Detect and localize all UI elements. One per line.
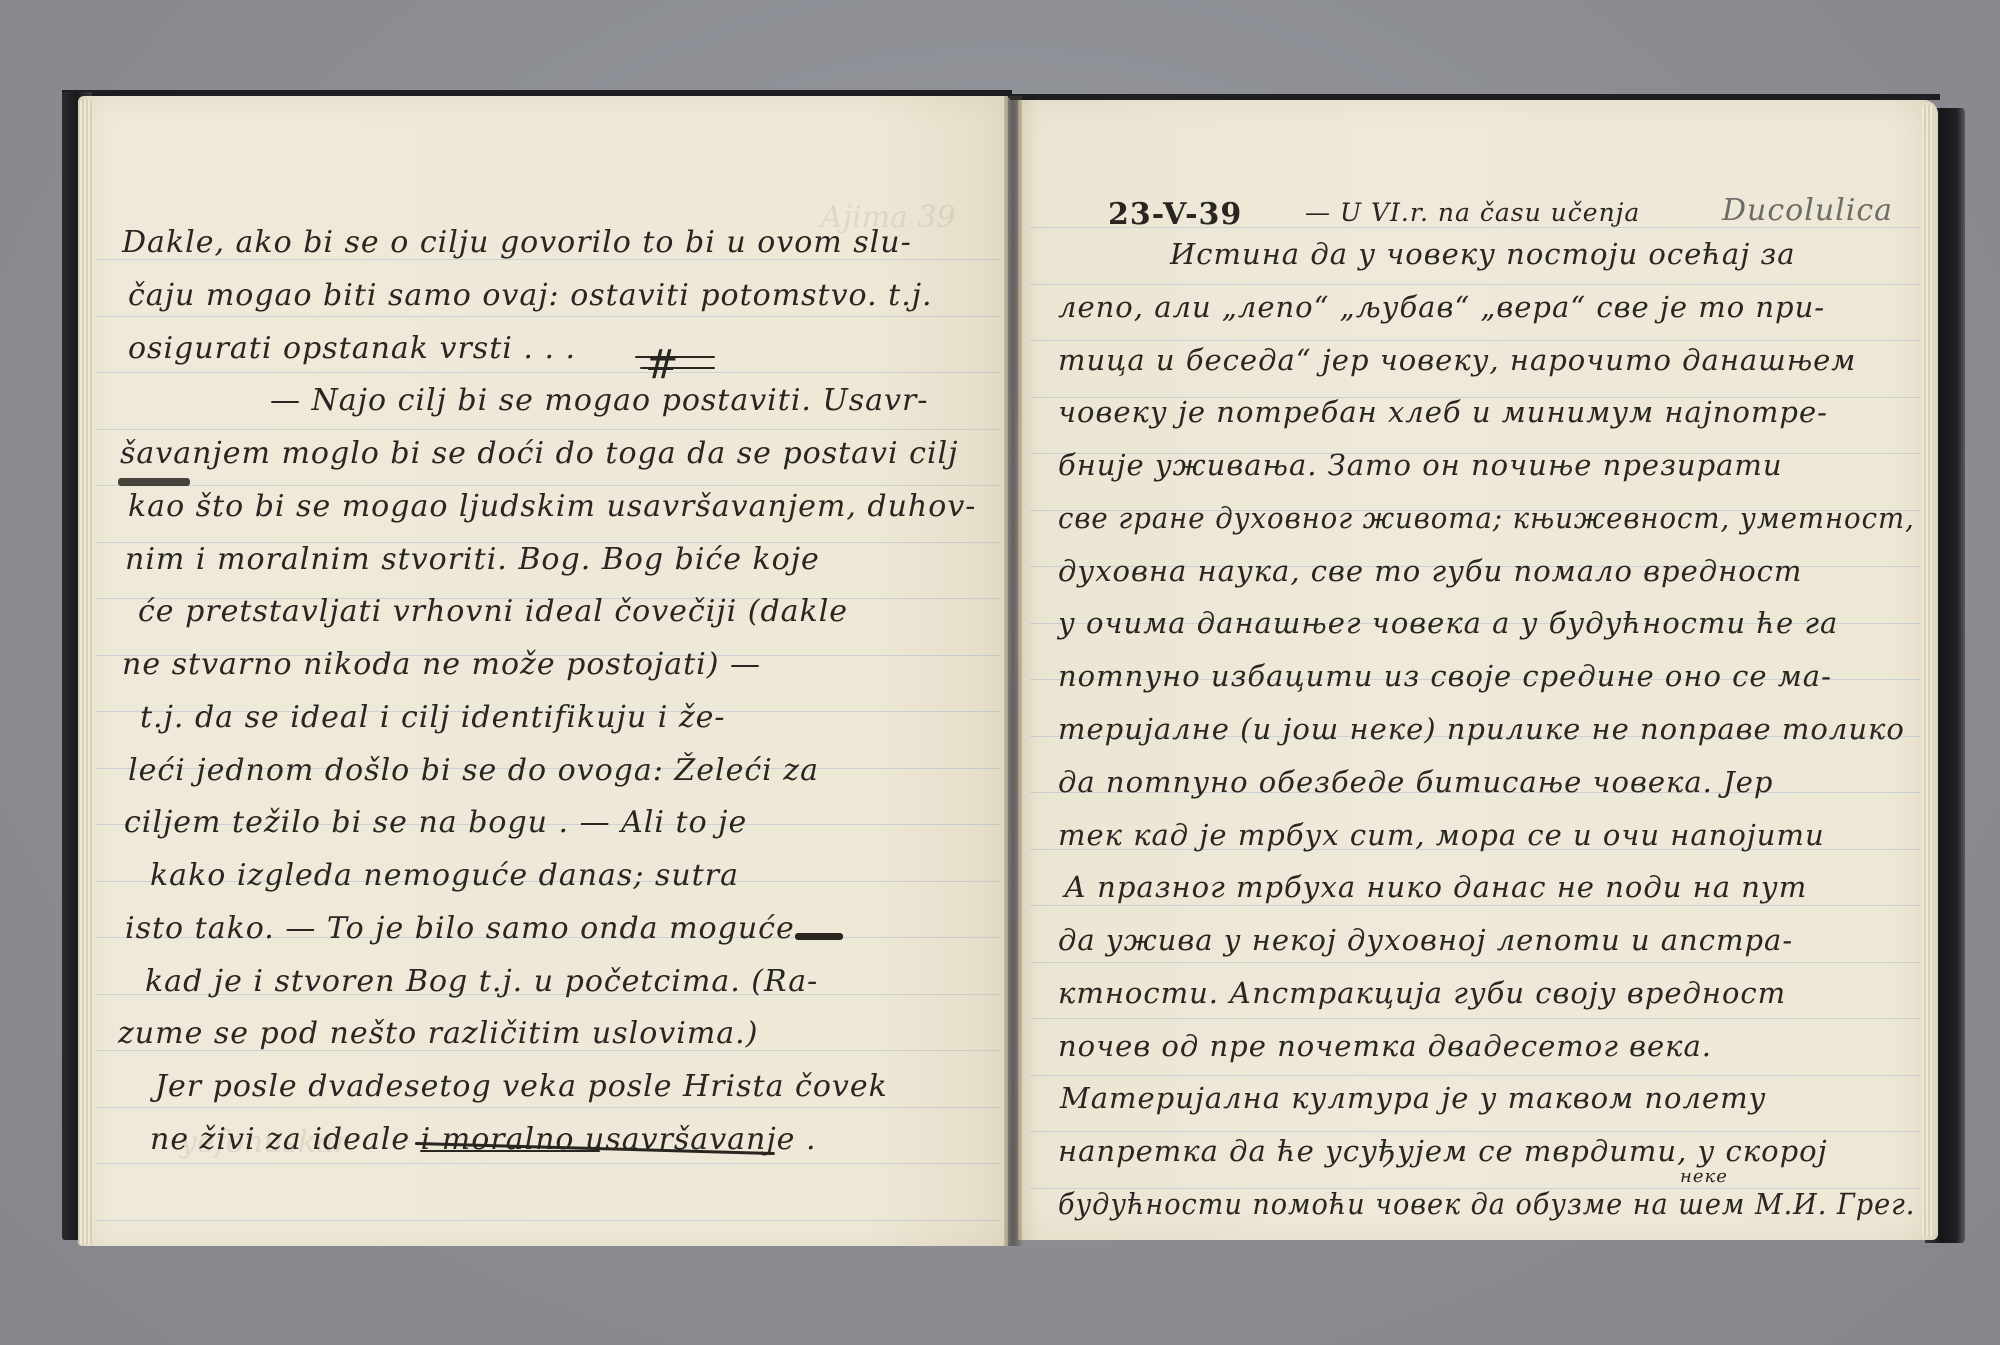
handwritten-line: Jer posle dvadesetog veka posle Hrista č…	[155, 1072, 888, 1102]
handwritten-line: да ужива у некој духовној лепоти и апстр…	[1058, 926, 1793, 955]
entry-date: 23-V-39	[1108, 200, 1242, 230]
handwritten-line: čaju mogao biti samo ovaj: ostaviti poto…	[128, 281, 933, 311]
handwritten-line: бније уживања. Зато он почиње презирати	[1058, 451, 1783, 480]
scribbled-out-word	[795, 933, 843, 940]
rule-line	[1030, 1075, 1920, 1076]
rule-line	[95, 429, 1000, 430]
handwritten-line: почев од пре почетка двадесетог века.	[1058, 1032, 1712, 1061]
handwritten-line: будућности помоћи човек да обузме на шем…	[1058, 1190, 1915, 1219]
handwritten-line: лепо, али „лепо“ „љубав“ „вера“ све је т…	[1058, 293, 1825, 322]
left-page-stack-edges	[78, 100, 92, 1245]
rule-line	[1030, 1018, 1920, 1019]
handwritten-line: тица и беседа“ јер човеку, нарочито дана…	[1058, 346, 1856, 375]
handwritten-line: теријалне (и још неке) прилике не поправ…	[1058, 715, 1905, 744]
rule-line	[1030, 284, 1920, 285]
handwritten-line: leći jednom došlo bi se do ovoga: Želeći…	[128, 756, 819, 786]
pencil-signature: Ducolulica	[1722, 196, 1893, 226]
handwritten-line: ктности. Апстракција губи своју вредност	[1058, 979, 1786, 1008]
rule-line	[1030, 905, 1920, 906]
rule-line	[95, 485, 1000, 486]
handwritten-line: све гране духовног живота; књижевност, у…	[1058, 504, 1915, 533]
handwritten-line: човеку је потребан хлеб и минимум најпот…	[1058, 398, 1828, 427]
rule-line	[95, 1163, 1000, 1164]
notebook-gutter	[1004, 96, 1022, 1246]
handwritten-line: напретка да ће усуђујем се тврдити, у ск…	[1058, 1137, 1828, 1166]
handwritten-line: Dakle, ako bi se o cilju govorilo to bi …	[122, 228, 912, 258]
interlinear-insert: неке	[1680, 1168, 1728, 1186]
handwritten-line: потпуно избацити из своје средине оно се…	[1058, 662, 1832, 691]
crossed-out-mark: #	[645, 345, 680, 385]
rule-line	[95, 372, 1000, 373]
handwritten-line: kad je i stvoren Bog t.j. u početcima. (…	[145, 967, 818, 997]
handwritten-line: — Najo cilj bi se mogao postaviti. Usavr…	[270, 386, 928, 416]
handwritten-line: ciljem težilo bi se na bogu . — Ali to j…	[124, 808, 747, 838]
handwritten-line: zume se pod nešto različitim uslovima.)	[118, 1019, 758, 1049]
handwritten-line: А празног трбуха нико данас не поди на п…	[1064, 873, 1807, 902]
scribbled-out-word	[118, 478, 190, 486]
handwritten-line: t.j. da se ideal i cilj identifikuju i ž…	[140, 703, 726, 733]
right-page-stack-edges	[1922, 105, 1932, 1237]
handwritten-line: тек кад је трбух сит, мора се и очи напо…	[1058, 821, 1825, 850]
handwritten-line: kao što bi se mogao ljudskim usavršavanj…	[128, 492, 976, 522]
handwritten-line: isto tako. — To je bilo samo onda moguće	[125, 914, 795, 944]
handwritten-line: nim i moralnim stvoriti. Bog. Bog biće k…	[125, 545, 820, 575]
rule-line	[95, 1220, 1000, 1221]
handwritten-line: у очима данашњег човека а у будућности ћ…	[1058, 609, 1838, 638]
handwritten-line: šavanjem moglo bi se doći do toga da se …	[120, 439, 958, 469]
rule-line	[95, 1107, 1000, 1108]
handwritten-line: да потпуно обезбеде битисање човека. Јер	[1058, 768, 1773, 797]
closing-underline-stroke	[420, 1150, 600, 1152]
handwritten-line: духовна наука, све то губи помало вредно…	[1058, 557, 1802, 586]
strike-line	[640, 367, 715, 369]
strike-line	[635, 356, 715, 358]
rule-line	[1030, 962, 1920, 963]
handwritten-line: kako izgleda nemoguće danas; sutra	[150, 861, 739, 891]
handwritten-line: osigurati opstanak vrsti . . .	[128, 334, 576, 364]
rule-line	[95, 316, 1000, 317]
entry-header-note: — U VI.r. na času učenja	[1305, 200, 1640, 225]
rule-line	[1030, 1131, 1920, 1132]
handwritten-line: će pretstavljati vrhovni ideal čovečiji …	[138, 597, 848, 627]
handwritten-line: ne stvarno nikoda ne može postojati) —	[122, 650, 761, 680]
rule-line	[1030, 340, 1920, 341]
handwritten-line: Материјална култура је у таквом полету	[1060, 1084, 1766, 1113]
handwritten-line: Истина да у човеку постоји осећај за	[1170, 240, 1796, 269]
